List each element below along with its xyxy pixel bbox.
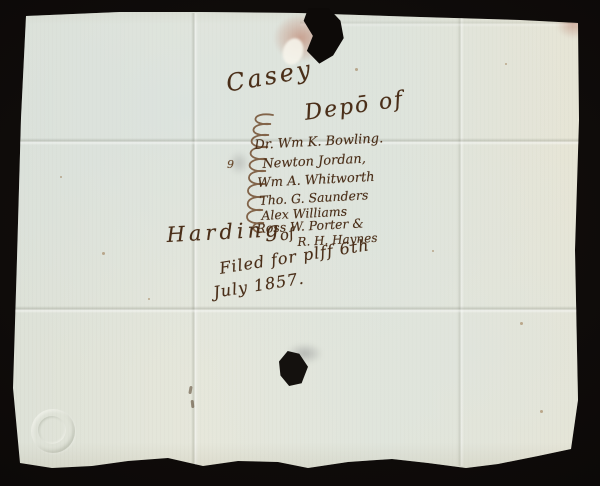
embossed-seal xyxy=(31,409,75,453)
cross-written-name: Harding xyxy=(166,217,283,247)
horizontal-crease-top xyxy=(300,20,580,27)
document-paper: Casey Depō of 9 Dr. Wm K. Bowling. Newto… xyxy=(0,0,600,486)
case-label-text: Casey xyxy=(224,55,315,98)
deposition-title-text: Depō of xyxy=(303,87,406,126)
foxing-spot xyxy=(355,68,358,71)
foxing-spot xyxy=(102,252,105,255)
foxing-spot xyxy=(432,250,434,252)
foxing-spot xyxy=(148,298,150,300)
horizontal-fold-lower xyxy=(14,306,580,313)
vertical-fold-right xyxy=(457,13,464,466)
foxing-spot xyxy=(520,322,523,325)
foxing-spot xyxy=(540,410,543,413)
embossed-seal-inner-ring xyxy=(38,416,66,444)
foxing-spot xyxy=(505,63,507,65)
foxing-spot xyxy=(60,176,62,178)
corner-wax-stain xyxy=(546,5,596,47)
margin-number-text: 9 xyxy=(227,158,234,171)
photograph-stage: Casey Depō of 9 Dr. Wm K. Bowling. Newto… xyxy=(0,0,600,486)
